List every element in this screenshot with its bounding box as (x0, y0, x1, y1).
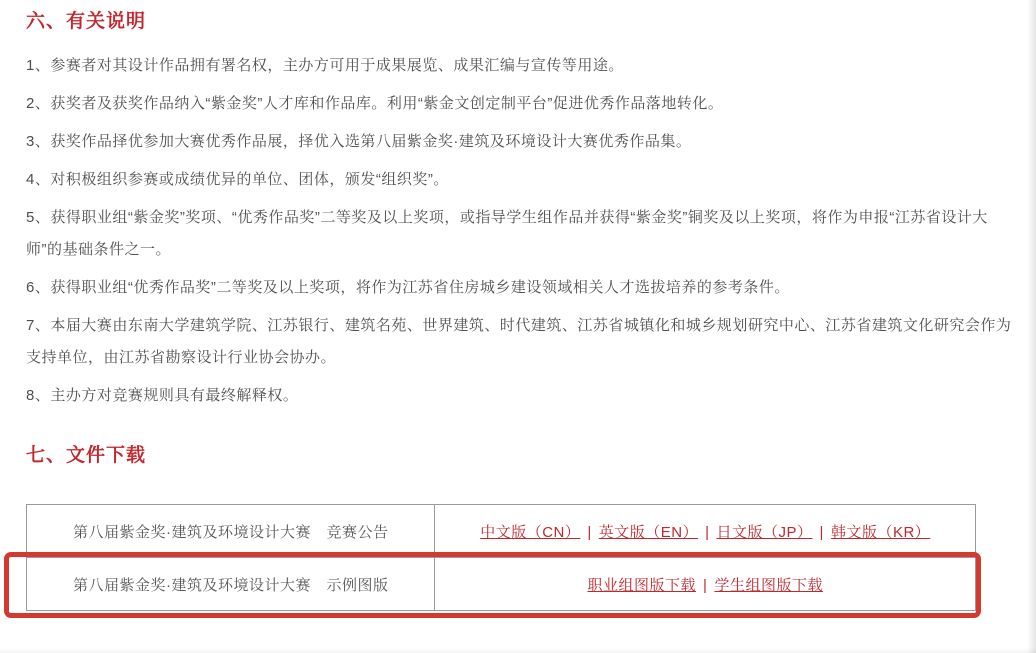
link-separator: | (820, 524, 824, 541)
download-link-student-group[interactable]: 学生组图版下载 (714, 577, 823, 594)
page-edge-right (1027, 0, 1036, 653)
row-title-sample-boards: 第八届紫金奖·建筑及环境设计大赛 示例图版 (27, 558, 435, 611)
download-link-korean[interactable]: 韩文版（KR） (831, 524, 930, 541)
link-separator: | (587, 524, 591, 541)
row-links-announcement: 中文版（CN）|英文版（EN）|日文版（JP）|韩文版（KR） (435, 505, 976, 558)
table-row-sample-boards: 第八届紫金奖·建筑及环境设计大赛 示例图版 职业组图版下载|学生组图版下载 (27, 558, 976, 611)
download-link-chinese[interactable]: 中文版（CN） (480, 524, 580, 541)
notes-list: 1、参赛者对其设计作品拥有署名权，主办方可用于成果展览、成果汇编与宣传等用途。 … (26, 50, 1012, 412)
section-notes-heading: 六、有关说明 (26, 12, 1012, 32)
download-link-professional-group[interactable]: 职业组图版下载 (588, 577, 697, 594)
note-item-2: 2、获奖者及获奖作品纳入“紫金奖”人才库和作品库。利用“紫金文创定制平台”促进优… (26, 88, 1012, 120)
note-item-8: 8、主办方对竞赛规则具有最终解释权。 (26, 380, 1012, 412)
download-link-english[interactable]: 英文版（EN） (599, 524, 698, 541)
note-item-4: 4、对积极组织参赛或成绩优异的单位、团体，颁发“组织奖”。 (26, 164, 1012, 196)
row-title-announcement: 第八届紫金奖·建筑及环境设计大赛 竞赛公告 (27, 505, 435, 558)
note-item-7: 7、本届大赛由东南大学建筑学院、江苏银行、建筑名苑、世界建筑、时代建筑、江苏省城… (26, 310, 1012, 374)
section-downloads-heading: 七、文件下载 (26, 446, 1012, 466)
article-page: 六、有关说明 1、参赛者对其设计作品拥有署名权，主办方可用于成果展览、成果汇编与… (0, 0, 1036, 653)
downloads-table: 第八届紫金奖·建筑及环境设计大赛 竞赛公告 中文版（CN）|英文版（EN）|日文… (26, 504, 976, 611)
note-item-3: 3、获奖作品择优参加大赛优秀作品展，择优入选第八届紫金奖·建筑及环境设计大赛优秀… (26, 126, 1012, 158)
note-item-6: 6、获得职业组“优秀作品奖”二等奖及以上奖项，将作为江苏省住房城乡建设领域相关人… (26, 272, 1012, 304)
page-edge-bottom (0, 648, 1036, 653)
note-item-5: 5、获得职业组“紫金奖”奖项、“优秀作品奖”二等奖及以上奖项，或指导学生组作品并… (26, 202, 1012, 266)
link-separator: | (703, 577, 707, 594)
download-link-japanese[interactable]: 日文版（JP） (717, 524, 813, 541)
row-links-sample-boards: 职业组图版下载|学生组图版下载 (435, 558, 976, 611)
link-separator: | (705, 524, 709, 541)
table-row-announcement: 第八届紫金奖·建筑及环境设计大赛 竞赛公告 中文版（CN）|英文版（EN）|日文… (27, 505, 976, 558)
note-item-1: 1、参赛者对其设计作品拥有署名权，主办方可用于成果展览、成果汇编与宣传等用途。 (26, 50, 1012, 82)
